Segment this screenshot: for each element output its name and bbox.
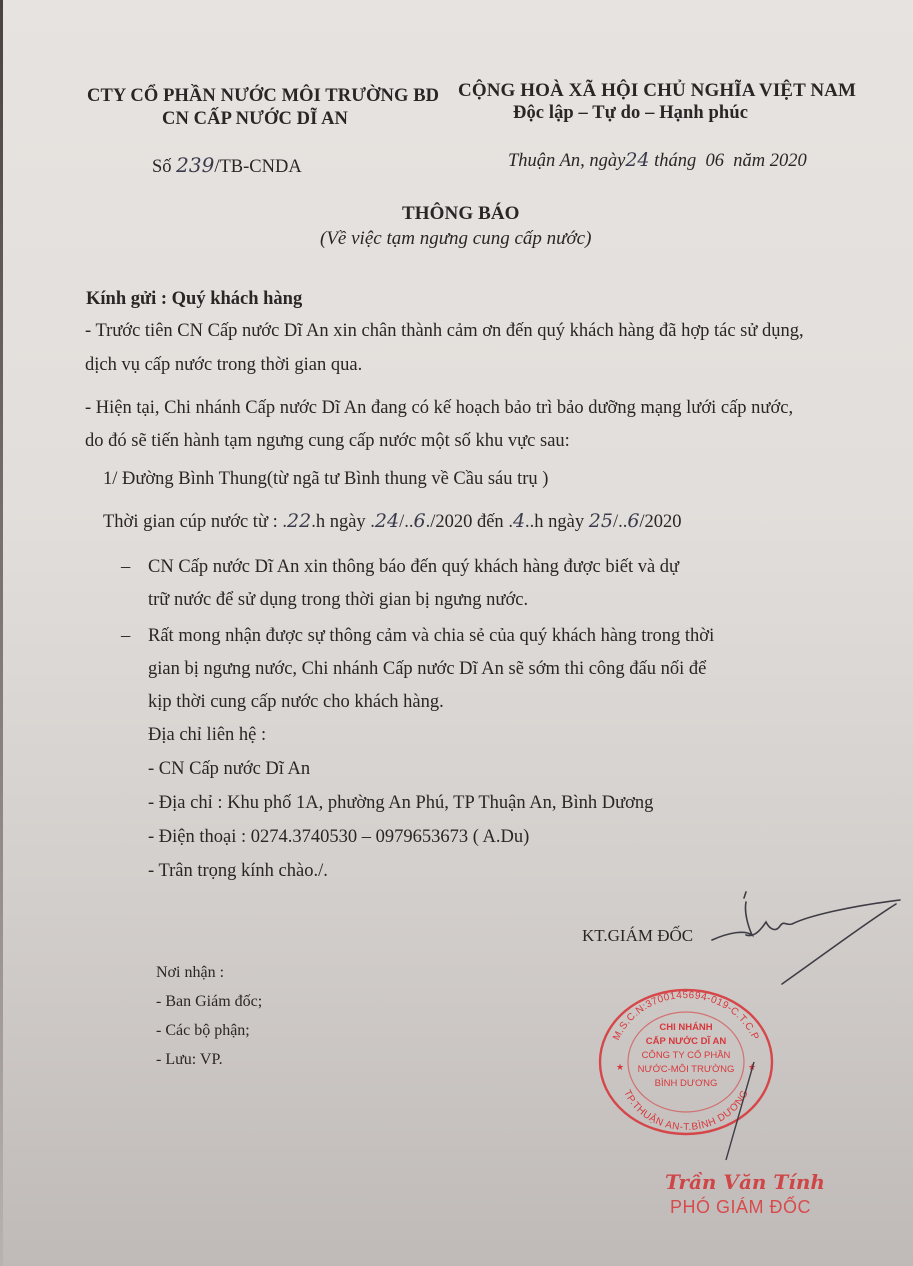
outage-schedule: Thời gian cúp nước từ : .22.h ngày .24/.… (103, 510, 682, 533)
end-hour: 4 (513, 510, 525, 532)
start-day: 24 (375, 510, 399, 532)
bullet-2-line-3: kịp thời cung cấp nước cho khách hàng. (148, 692, 444, 713)
contact-heading: Địa chỉ liên hệ : (148, 725, 266, 746)
national-motto: Độc lập – Tự do – Hạnh phúc (513, 103, 748, 124)
start-month: 6 (413, 510, 425, 532)
bullet-dash-1: – (121, 557, 130, 578)
bullet-1-line-2: trữ nước để sử dụng trong thời gian bị n… (148, 590, 528, 611)
paragraph-2-line-1: - Hiện tại, Chi nhánh Cấp nước Dĩ An đan… (85, 398, 793, 419)
start-hour: 22 (287, 510, 311, 532)
end-month: 6 (627, 510, 639, 532)
paragraph-2-line-2: do đó sẽ tiến hành tạm ngưng cung cấp nư… (85, 431, 570, 452)
signer-title: PHÓ GIÁM ĐỐC (670, 1197, 811, 1218)
end-day: 25 (589, 510, 613, 532)
closing-line: - Trân trọng kính chào./. (148, 861, 328, 882)
stamp-ring-top: M.S.C.N:3700145694-019-C.T.C.P (611, 990, 761, 1042)
handwritten-number: 239 (176, 153, 214, 177)
svg-text:★: ★ (616, 1062, 624, 1072)
paper-edge (0, 0, 3, 1266)
contact-org: - CN Cấp nước Dĩ An (148, 759, 310, 780)
recipients-heading: Nơi nhận : (156, 964, 224, 982)
contact-phone: - Điện thoại : 0274.3740530 – 0979653673… (148, 827, 529, 848)
affected-area-1: 1/ Đường Bình Thung(từ ngã tư Bình thung… (103, 469, 548, 490)
document-number: Số 239/TB-CNDA (152, 153, 302, 178)
paragraph-1-line-2: dịch vụ cấp nước trong thời gian qua. (85, 355, 362, 376)
bullet-dash-2: – (121, 626, 130, 647)
bullet-1-line-1: CN Cấp nước Dĩ An xin thông báo đến quý … (148, 557, 679, 578)
paragraph-1-line-1: - Trước tiên CN Cấp nước Dĩ An xin chân … (85, 321, 804, 342)
branch-name: CN CẤP NƯỚC DĨ AN (162, 109, 348, 130)
signature-role: KT.GIÁM ĐỐC (582, 926, 693, 946)
nation-title: CỘNG HOÀ XÃ HỘI CHỦ NGHĨA VIỆT NAM (458, 80, 856, 102)
signer-name: Trần Văn Tính (665, 1170, 825, 1194)
stamp-line-5: BÌNH DƯƠNG (655, 1078, 718, 1089)
bullet-2-line-1: Rất mong nhận được sự thông cảm và chia … (148, 626, 714, 647)
greeting: Kính gửi : Quý khách hàng (86, 289, 302, 310)
bullet-2-line-2: gian bị ngưng nước, Chi nhánh Cấp nước D… (148, 659, 706, 680)
handwritten-day: 24 (625, 149, 649, 171)
contact-address: - Địa chỉ : Khu phố 1A, phường An Phú, T… (148, 793, 653, 814)
recipient-item: - Các bộ phận; (156, 1022, 250, 1040)
handwritten-signature (700, 880, 910, 990)
document-subtitle: (Về việc tạm ngưng cung cấp nước) (320, 228, 591, 250)
document-date: Thuận An, ngày24 tháng 06 năm 2020 (508, 149, 807, 172)
company-name: CTY CỔ PHẦN NƯỚC MÔI TRƯỜNG BD (87, 86, 439, 107)
signature-tail-stroke (720, 1060, 760, 1170)
stamp-line-2: CẤP NƯỚC DĨ AN (646, 1035, 727, 1047)
recipient-item: - Ban Giám đốc; (156, 993, 262, 1011)
svg-text:M.S.C.N:3700145694-019-C.T.C.P: M.S.C.N:3700145694-019-C.T.C.P (611, 990, 761, 1042)
recipient-item: - Lưu: VP. (156, 1051, 223, 1069)
stamp-line-3: CÔNG TY CỔ PHẦN (642, 1049, 731, 1061)
document-title: THÔNG BÁO (402, 203, 520, 225)
stamp-line-1: CHI NHÁNH (659, 1022, 712, 1033)
